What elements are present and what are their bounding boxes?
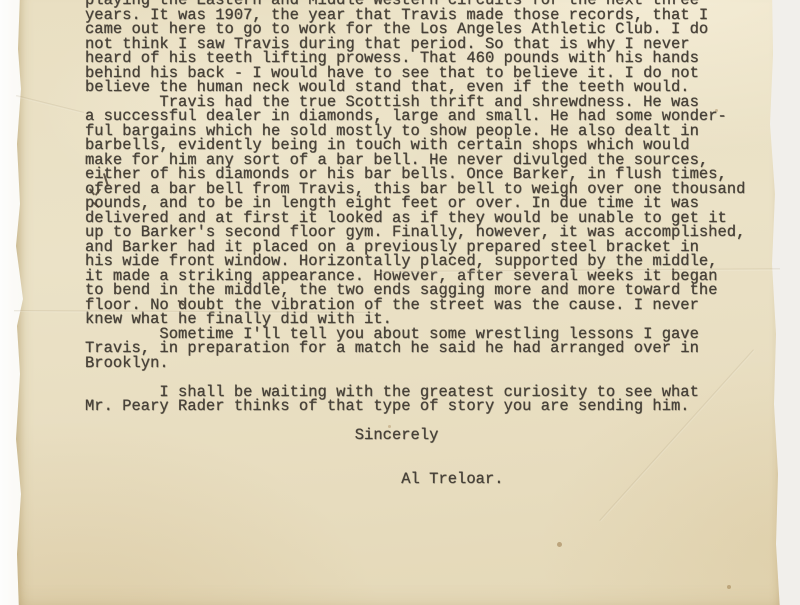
letter-body-text: playing the Eastern and Middle Western c… [85, 0, 745, 486]
scanned-letter-photo: playing the Eastern and Middle Western c… [0, 0, 800, 605]
letter-page: playing the Eastern and Middle Western c… [14, 0, 782, 605]
